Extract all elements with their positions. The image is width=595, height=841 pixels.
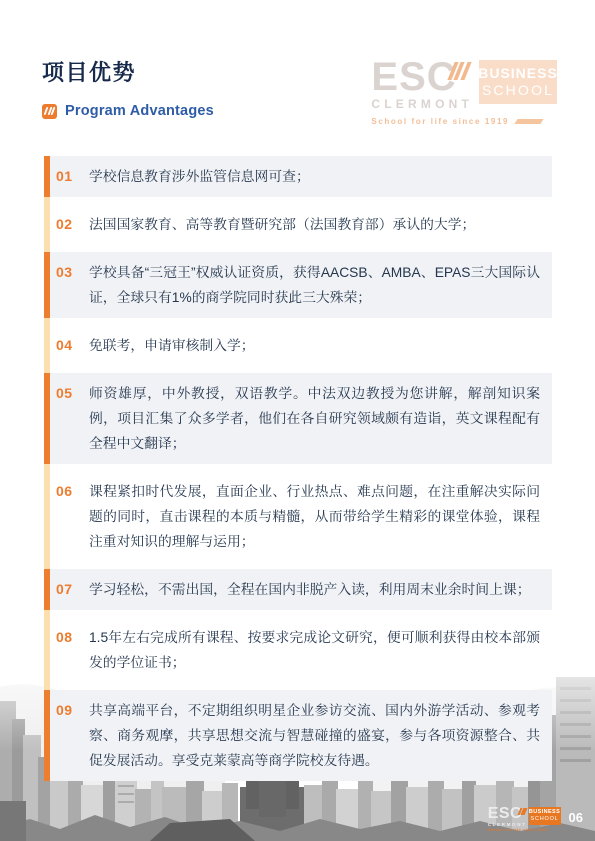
list-item: 03 学校具备“三冠王”权威认证资质，获得AACSB、AMBA、EPAS三大国际… bbox=[44, 252, 552, 318]
row-accent-bar bbox=[44, 197, 50, 252]
brochure-page: 项目优势 Program Advantages ESC CLERMONT BUS… bbox=[0, 0, 595, 841]
page-footer: ESC CLERMONT BUSINESS SCHOOL School for … bbox=[488, 807, 583, 833]
item-text: 共享高端平台，不定期组织明星企业参访交流、国内外游学活动、参观考察、商务观摩，共… bbox=[89, 698, 540, 773]
logo-slash-icon bbox=[451, 62, 468, 80]
logo-esc-text: ESC bbox=[371, 60, 456, 94]
item-number: 05 bbox=[56, 381, 80, 406]
item-number: 03 bbox=[56, 260, 80, 285]
page-subtitle-row: Program Advantages bbox=[42, 103, 214, 119]
row-accent-bar bbox=[44, 156, 50, 197]
item-number: 01 bbox=[56, 164, 80, 189]
row-accent-bar bbox=[44, 569, 50, 610]
footer-logo-slash-icon bbox=[519, 808, 526, 821]
list-item: 04 免联考，申请审核制入学； bbox=[44, 325, 552, 366]
item-number: 06 bbox=[56, 479, 80, 504]
item-number: 08 bbox=[56, 625, 80, 650]
logo-tagline-row: School for life since 1919 bbox=[371, 117, 557, 126]
list-item: 06 课程紧扣时代发展，直面企业、行业热点、难点问题，在注重解决实际问题的同时，… bbox=[44, 471, 552, 562]
page-title: 项目优势 bbox=[42, 56, 136, 87]
item-number: 02 bbox=[56, 212, 80, 237]
esc-clermont-watermark-logo: ESC CLERMONT BUSINESS SCHOOL School for … bbox=[371, 60, 557, 126]
footer-logo-school-text: SCHOOL bbox=[531, 816, 559, 823]
item-text: 学习轻松，不需出国，全程在国内非脱产入读，利用周末业余时间上课； bbox=[89, 577, 540, 602]
list-item: 09 共享高端平台，不定期组织明星企业参访交流、国内外游学活动、参观考察、商务观… bbox=[44, 690, 552, 781]
item-text: 免联考，申请审核制入学； bbox=[89, 333, 540, 358]
logo-business-school-box: BUSINESS SCHOOL bbox=[479, 60, 557, 104]
row-accent-bar bbox=[44, 610, 50, 690]
item-number: 07 bbox=[56, 577, 80, 602]
list-item: 05 师资雄厚，中外教授，双语教学。中法双边教授为您讲解，解剖知识案例，项目汇集… bbox=[44, 373, 552, 464]
logo-school-text: SCHOOL bbox=[482, 82, 554, 99]
row-accent-bar bbox=[44, 318, 50, 373]
list-item: 02 法国国家教育、高等教育暨研究部（法国教育部）承认的大学； bbox=[44, 204, 552, 245]
advantages-list: 01 学校信息教育涉外监管信息网可查； 02 法国国家教育、高等教育暨研究部（法… bbox=[44, 156, 552, 781]
item-text: 学校信息教育涉外监管信息网可查； bbox=[89, 164, 540, 189]
page-number: 06 bbox=[569, 810, 583, 825]
item-text: 法国国家教育、高等教育暨研究部（法国教育部）承认的大学； bbox=[89, 212, 540, 237]
item-text: 师资雄厚，中外教授，双语教学。中法双边教授为您讲解，解剖知识案例，项目汇集了众多… bbox=[89, 381, 540, 456]
page-subtitle: Program Advantages bbox=[65, 103, 214, 119]
row-accent-bar bbox=[44, 464, 50, 569]
logo-tagline-text: School for life since 1919 bbox=[371, 117, 509, 126]
brand-slash-icon bbox=[42, 104, 57, 119]
item-number: 04 bbox=[56, 333, 80, 358]
item-text: 课程紧扣时代发展，直面企业、行业热点、难点问题，在注重解决实际问题的同时，直击课… bbox=[89, 479, 540, 554]
row-accent-bar bbox=[44, 252, 50, 318]
footer-logo-business-text: BUSINESS bbox=[529, 809, 560, 816]
item-number: 09 bbox=[56, 698, 80, 723]
footer-logo-clermont-text: CLERMONT bbox=[488, 822, 527, 827]
row-accent-bar bbox=[44, 373, 50, 464]
footer-logo-tagline-text: School for life since 1919 bbox=[488, 828, 561, 832]
logo-tagline-bar bbox=[514, 119, 543, 124]
list-item: 01 学校信息教育涉外监管信息网可查； bbox=[44, 156, 552, 197]
logo-clermont-text: CLERMONT bbox=[371, 97, 473, 111]
list-item: 08 1.5年左右完成所有课程、按要求完成论文研究，便可顺利获得由校本部颁发的学… bbox=[44, 617, 552, 683]
esc-clermont-footer-logo: ESC CLERMONT BUSINESS SCHOOL School for … bbox=[488, 807, 561, 833]
item-text: 学校具备“三冠王”权威认证资质，获得AACSB、AMBA、EPAS三大国际认证，… bbox=[89, 260, 540, 310]
list-item: 07 学习轻松，不需出国，全程在国内非脱产入读，利用周末业余时间上课； bbox=[44, 569, 552, 610]
row-accent-bar bbox=[44, 690, 50, 781]
footer-logo-business-school-box: BUSINESS SCHOOL bbox=[529, 807, 561, 825]
logo-business-text: BUSINESS bbox=[478, 65, 558, 82]
item-text: 1.5年左右完成所有课程、按要求完成论文研究，便可顺利获得由校本部颁发的学位证书… bbox=[89, 625, 540, 675]
